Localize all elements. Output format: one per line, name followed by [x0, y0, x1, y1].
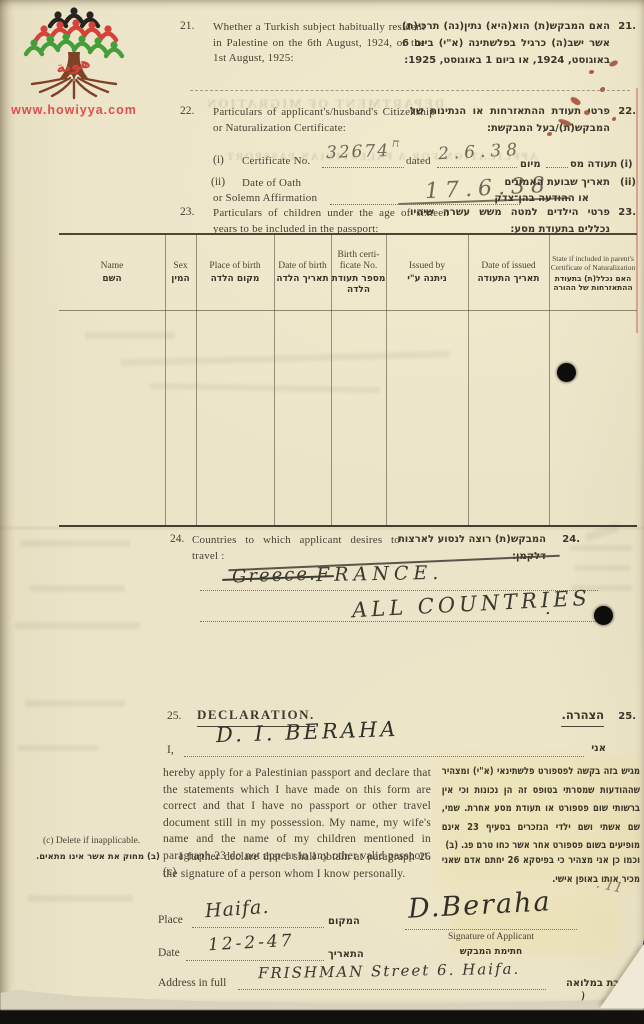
date-blank	[186, 959, 324, 961]
declaration-title-he: הצהרה.	[561, 707, 604, 727]
document-page: DEPARTMENT OF MIGRATION APPLICATION FOR …	[0, 0, 644, 1004]
declaration-i-label: I,	[167, 744, 174, 756]
table-header-issued-by: Issued by ניתנה ע"י	[386, 235, 468, 310]
date-label: Date	[158, 947, 180, 959]
howiyya-watermark-logo: هوية www.howiyya.com	[8, 4, 140, 117]
logo-arabic-word: هوية	[55, 53, 92, 77]
bleedthrough-streak	[15, 622, 140, 629]
page-corner-fold	[600, 944, 644, 1008]
declaration-ani-label: אני	[591, 740, 606, 757]
item21-text-en: Whether a Turkish subject habitually res…	[213, 20, 425, 67]
declaration-para1-he: מגיש בזה בקשה לפספורט פלשתינאי (א"י) ומצ…	[442, 763, 640, 856]
table-header-divider	[59, 310, 637, 311]
item25-number-en: 25.	[167, 710, 181, 722]
logo-website-url: www.howiyya.com	[8, 103, 140, 117]
table-header-place-of-birth: Place of birth מקום הלדה	[196, 235, 274, 310]
place-label-he: המקום	[328, 913, 360, 930]
item22-number-en: 22.	[180, 105, 194, 117]
address-blank	[238, 988, 546, 990]
cert-he-number: (i)	[620, 156, 633, 173]
name-blank-line	[184, 755, 584, 757]
cert-he-label: תעודה מס	[570, 156, 617, 173]
ink-spot	[612, 117, 616, 121]
item24-text-en: Countries to which applicant desires to …	[192, 533, 400, 564]
signature-line	[405, 928, 577, 930]
oath-label-line1: Date of Oath	[242, 176, 301, 192]
cert-no-blank	[322, 166, 404, 168]
paper-crease	[0, 527, 644, 529]
address-value-handwritten: FRISHMAN Street 6. Haifa.	[258, 960, 521, 983]
date-label-he: התאריך	[328, 946, 364, 963]
cert-he-blank	[546, 166, 568, 168]
bleedthrough-streak	[25, 700, 125, 707]
cert-no-suffix-handwritten: ח	[392, 136, 399, 151]
scanned-passport-application-page: DEPARTMENT OF MIGRATION APPLICATION FOR …	[0, 0, 644, 1024]
bleedthrough-streak	[18, 745, 98, 751]
table-header-naturalization: State if included in parent's Certificat…	[549, 235, 637, 310]
children-table: Name השם Sex המין Place of birth מקום הל…	[59, 233, 637, 527]
cert-no-value-handwritten: 32674	[326, 141, 391, 163]
punch-hole	[557, 363, 576, 382]
signature-label-en: Signature of Applicant	[405, 932, 577, 942]
item21-number-en: 21.	[180, 20, 194, 32]
country1-handwritten: FRANCE.	[316, 562, 444, 586]
dated-blank	[437, 166, 517, 168]
bleedthrough-streak	[575, 565, 630, 571]
place-label: Place	[158, 914, 183, 926]
oath-he-line1: תאריך שבועת האמונים	[450, 174, 610, 191]
signature-label-he: חתימת המבקש	[405, 944, 577, 961]
item25-number-he: .25	[618, 708, 636, 725]
table-header-birth-certificate: Birth certi- ficate No. מספר תעודת הלדה	[331, 235, 386, 310]
declaration-para2-en: I further declare that I shall obtain at…	[163, 849, 431, 882]
table-header-date-of-issued: Date of issued תאריך התעודה	[468, 235, 549, 310]
item21-text-he: האם המבקש(ת) הוא(היא) נתין(נה) תרכי(ת) א…	[402, 18, 610, 69]
item22-number-he: .22	[618, 103, 636, 120]
cert-line-number: (i)	[213, 154, 224, 166]
country2-period-handwritten: .	[545, 598, 551, 619]
dated-label: dated	[406, 154, 431, 170]
table-header-date-of-birth: Date of birth תאריך הלדה	[274, 235, 331, 310]
table-header-sex: Sex המין	[165, 235, 196, 310]
footnote-he: (ב) מחוק את אשר אינו מתאים.	[36, 849, 166, 866]
address-label: Address in full	[158, 977, 226, 989]
item23-number-en: 23.	[180, 206, 194, 218]
ink-spot	[589, 70, 594, 74]
cert-no-label: Certificate No.	[242, 154, 310, 170]
punch-hole	[594, 606, 613, 625]
bleedthrough-streak	[28, 895, 133, 902]
item24-number-he: .24	[562, 531, 580, 548]
cert-he-from-label: מיום	[520, 156, 541, 173]
bleedthrough-streak	[20, 540, 130, 547]
country2-handwritten: ALL COUNTRIES	[352, 586, 592, 622]
oath-label-line2: or Solemn Affirmation	[213, 191, 317, 207]
table-header-name: Name השם	[59, 235, 165, 310]
oath-he-number: (ii)	[620, 174, 636, 191]
item24-number-en: 24.	[170, 533, 184, 545]
oath-line-number: (ii)	[211, 176, 225, 188]
item21-number-he: .21	[618, 18, 636, 35]
people-tree-logo-icon: هوية	[8, 4, 140, 100]
item22-text-en: Particulars of applicant's/husband's Cit…	[213, 105, 435, 136]
place-blank	[192, 926, 324, 928]
date-value-handwritten: 12-2-47	[208, 931, 296, 956]
travel-line-2	[200, 620, 598, 622]
answer-line-21	[190, 89, 630, 91]
item23-number-he: .23	[618, 204, 636, 221]
bleedthrough-streak	[30, 585, 125, 592]
place-value-handwritten: Haifa.	[204, 896, 270, 922]
footnote-en: (c) Delete if inapplicable.	[43, 836, 140, 846]
item22-text-he: פרטי תעודת ההתאזרחות או הנתינות של המבקש…	[410, 103, 610, 137]
applicant-name-handwritten: D. I. BERAHA	[216, 717, 399, 747]
